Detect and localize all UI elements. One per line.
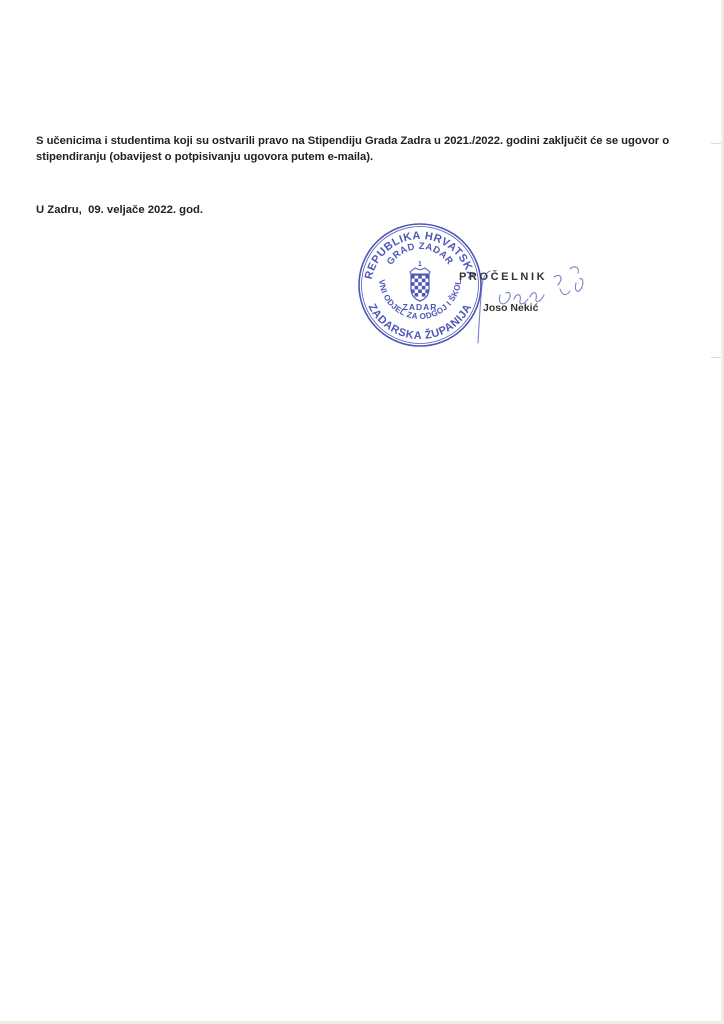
scan-artifact xyxy=(711,357,721,358)
place-date: U Zadru, 09. veljače 2022. god. xyxy=(36,204,203,216)
paragraph-line: S učenicima i studentima koji su ostvari… xyxy=(36,133,716,149)
checkerboard-coat-of-arms-icon xyxy=(410,268,430,301)
body-paragraph: S učenicima i studentima koji su ostvari… xyxy=(36,133,716,165)
signatory-title: PROČELNIK xyxy=(459,271,547,283)
handwritten-signature xyxy=(470,255,590,345)
signatory-name: Joso Nekić xyxy=(483,302,538,314)
paragraph-line: stipendiranju (obavijest o potpisivanju … xyxy=(36,149,716,165)
official-stamp: REPUBLIKA HRVATSKA ZADARSKA ŽUPANIJA GRA… xyxy=(357,222,483,348)
stamp-center-text: ZADAR xyxy=(403,302,438,312)
stamp-number: 1 xyxy=(418,261,422,268)
